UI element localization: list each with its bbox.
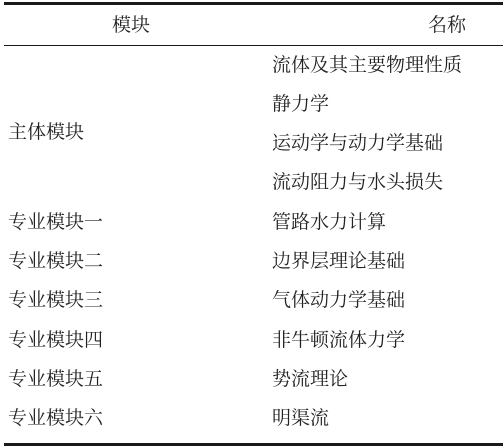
module-main: 主体模块 (8, 121, 84, 143)
module-cell: 专业模块四 (8, 329, 103, 351)
header-name: 名称 (428, 14, 466, 36)
bottom-rule (4, 443, 503, 446)
name-cell: 明渠流 (272, 407, 329, 429)
name-cell: 运动学与动力学基础 (272, 132, 443, 154)
header-module: 模块 (112, 14, 150, 36)
module-cell: 专业模块五 (8, 368, 103, 390)
name-cell: 势流理论 (272, 368, 348, 390)
module-cell: 专业模块一 (8, 211, 103, 233)
top-rule (4, 2, 503, 5)
module-cell: 专业模块六 (8, 407, 103, 429)
name-cell: 流动阻力与水头损失 (272, 171, 443, 193)
module-cell: 专业模块二 (8, 250, 103, 272)
name-cell: 气体动力学基础 (272, 289, 405, 311)
name-cell: 流体及其主要物理性质 (272, 54, 462, 76)
name-cell: 管路水力计算 (272, 211, 386, 233)
name-cell: 非牛顿流体力学 (272, 329, 405, 351)
module-cell: 专业模块三 (8, 289, 103, 311)
header-rule (4, 45, 503, 46)
name-cell: 静力学 (272, 93, 329, 115)
name-cell: 边界层理论基础 (272, 250, 405, 272)
